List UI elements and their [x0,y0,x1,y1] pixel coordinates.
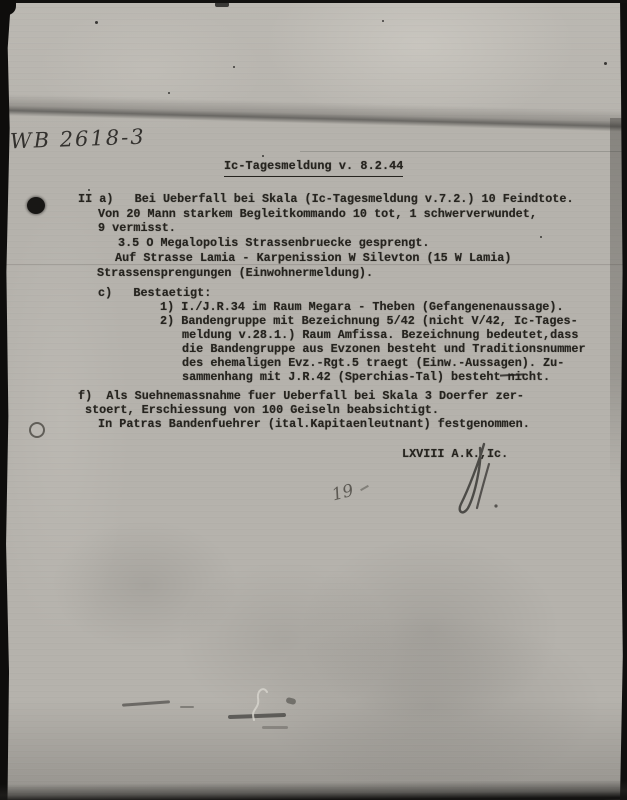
document-line: 1) I./J.R.34 im Raum Megara - Theben (Ge… [160,301,564,313]
scratch-squiggle [246,684,272,722]
document-line: c) Bestaetigt: [98,287,211,299]
document-line: Auf Strasse Lamia - Karpenission W Silev… [115,252,511,264]
punch-hole-bottom [29,422,45,438]
handwritten-archive-reference: WB 2618-3 [10,125,146,154]
film-edge-top [0,0,627,3]
smudge-mark [180,706,194,708]
document-line: Strassensprengungen (Einwohnermeldung). [97,267,373,279]
dust-speck [88,189,90,191]
document-line: II a) Bei Ueberfall bei Skala (Ic-Tagesm… [78,193,574,205]
pencil-tick-mark [360,485,369,491]
handwritten-signature [446,440,504,520]
document-title: Ic-Tagesmeldung v. 8.2.44 [224,159,403,177]
dust-speck [168,92,170,94]
document-line: die Bandengruppe aus Evzonen besteht und… [182,343,586,355]
film-edge-left [0,0,11,800]
scan-artifact-line [300,151,627,152]
film-corner-top-left [0,0,16,15]
dust-speck [262,155,264,157]
right-edge-shadow [610,118,622,483]
document-line: 2) Bandengruppe mit Bezeichnung 5/42 (ni… [160,315,578,327]
dust-speck [382,20,384,22]
document-line: Von 20 Mann starkem Begleitkommando 10 t… [98,208,537,220]
scanned-document-page: WB 2618-3 Ic-Tagesmeldung v. 8.2.44 II a… [0,0,627,800]
document-line: 3.5 O Megalopolis Strassenbruecke gespre… [118,237,430,249]
smudge-mark [122,700,170,706]
punch-hole-top [27,197,45,214]
dust-speck [233,66,235,68]
document-line: 9 vermisst. [98,222,176,234]
dust-speck [540,236,542,238]
smudge-mark [285,697,296,705]
document-line: meldung v.28.1.) Raum Amfissa. Bezeichnu… [182,329,578,341]
dust-speck [95,21,98,24]
document-line: stoert, Erschiessung von 100 Geiseln bea… [85,404,439,416]
smudge-mark [262,726,288,729]
document-line: f) Als Suehnemassnahme fuer Ueberfall be… [78,390,524,402]
handwritten-page-note: 19 [330,481,356,506]
document-line: In Patras Bandenfuehrer (ital.Kapitaenle… [98,418,530,430]
smudge-mark [228,713,286,719]
film-edge-bottom [0,780,627,800]
document-line: des ehemaligen Evz.-Rgt.5 traegt (Einw.-… [182,357,564,369]
document-line: sammenhang mit J.R.42 (Sperchias-Tal) be… [182,371,550,383]
dust-speck [604,62,607,65]
